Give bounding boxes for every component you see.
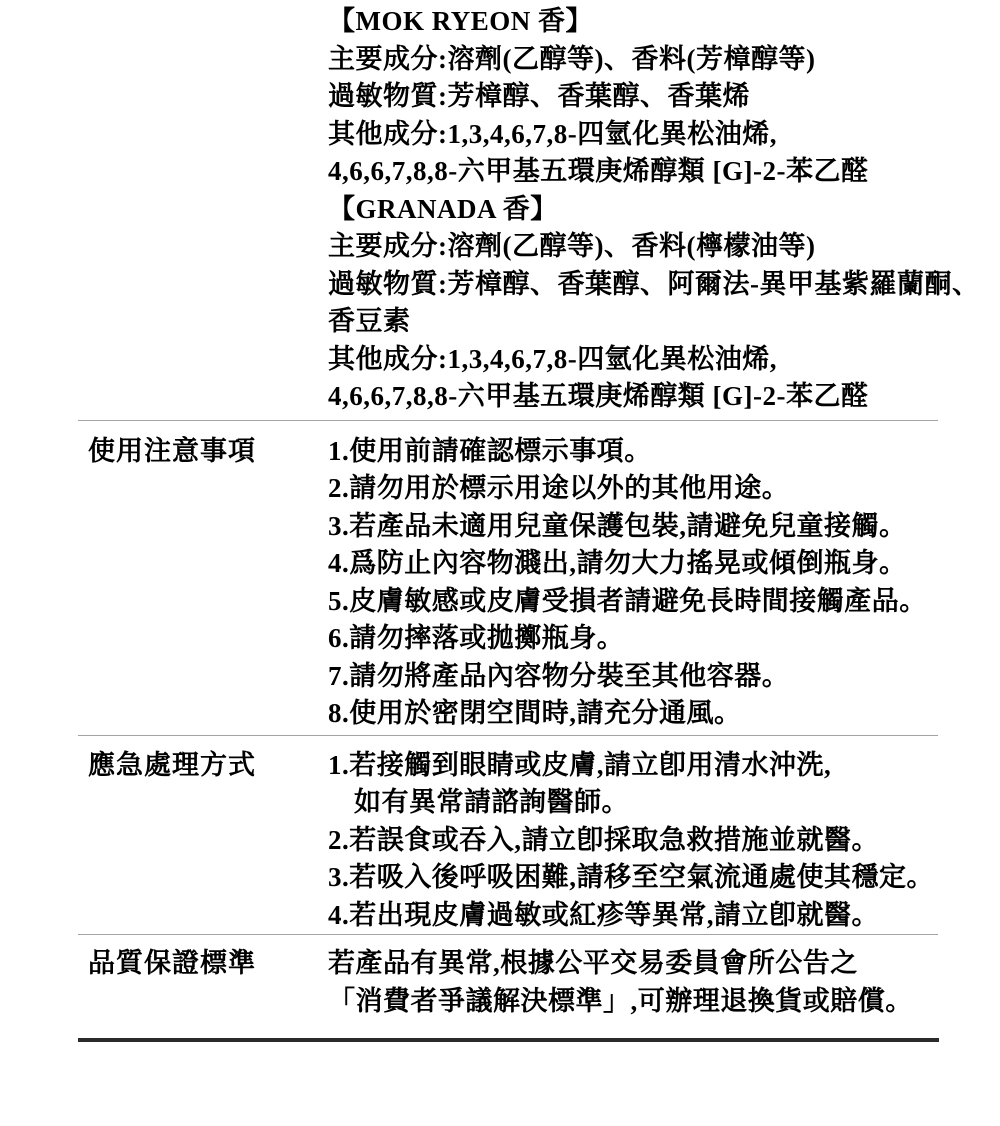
emergency-measures-content: 1.若接觸到眼睛或皮膚,請立卽用清水沖洗, 如有異常請諮詢醫師。 2.若誤食或吞… (328, 747, 938, 935)
content-line: 4.爲防止內容物濺出,請勿大力搖晃或傾倒瓶身。 (328, 545, 938, 583)
content-line: 4,6,6,7,8,8-六甲基五環庚烯醇類 [G]-2-苯乙醛 (328, 153, 938, 191)
content-line: 2.請勿用於標示用途以外的其他用途。 (328, 470, 938, 508)
content-line: 「消費者爭議解決標準」,可辦理退換貨或賠償。 (328, 983, 938, 1021)
section-emergency-measures: 應急處理方式 1.若接觸到眼睛或皮膚,請立卽用清水沖洗, 如有異常請諮詢醫師。 … (78, 735, 938, 935)
content-line: 1.使用前請確認標示事項。 (328, 433, 938, 471)
row-label-quality-guarantee: 品質保證標準 (78, 945, 328, 1020)
page: { "colors": { "text": "#000000", "divide… (0, 0, 1000, 1126)
content-line: 香豆素 (328, 303, 938, 341)
table-bottom-rule (78, 1038, 939, 1042)
content-line: 3.若產品未適用兒童保護包裝,請避免兒童接觸。 (328, 508, 938, 546)
section-quality-guarantee: 品質保證標準 若產品有異常,根據公平交易委員會所公告之 「消費者爭議解決標準」,… (78, 934, 938, 1038)
row-label-ingredients (78, 3, 328, 416)
row-label-usage-cautions: 使用注意事項 (78, 433, 328, 733)
content-line: 4,6,6,7,8,8-六甲基五環庚烯醇類 [G]-2-苯乙醛 (328, 378, 938, 416)
content-line: 6.請勿摔落或拋擲瓶身。 (328, 620, 938, 658)
content-line: 4.若出現皮膚過敏或紅疹等異常,請立卽就醫。 (328, 897, 938, 935)
content-line: 2.若誤食或吞入,請立卽採取急救措施並就醫。 (328, 822, 938, 860)
content-line: 5.皮膚敏感或皮膚受損者請避免長時間接觸產品。 (328, 583, 938, 621)
content-line-wrap: 如有異常請諮詢醫師。 (328, 784, 938, 822)
section-usage-cautions: 使用注意事項 1.使用前請確認標示事項。 2.請勿用於標示用途以外的其他用途。 … (78, 420, 938, 735)
quality-guarantee-content: 若產品有異常,根據公平交易委員會所公告之 「消費者爭議解決標準」,可辦理退換貨或… (328, 945, 938, 1020)
content-line: 其他成分:1,3,4,6,7,8-四氫化異松油烯, (328, 341, 938, 379)
content-line: 主要成分:溶劑(乙醇等)、香料(芳樟醇等) (328, 41, 938, 79)
content-line: 【GRANADA 香】 (328, 191, 938, 229)
content-line: 主要成分:溶劑(乙醇等)、香料(檸檬油等) (328, 228, 938, 266)
content-line: 過敏物質:芳樟醇、香葉醇、阿爾法-異甲基紫羅蘭酮、 (328, 266, 938, 304)
content-line: 若產品有異常,根據公平交易委員會所公告之 (328, 945, 938, 983)
content-line: 3.若吸入後呼吸困難,請移至空氣流通處使其穩定。 (328, 859, 938, 897)
content-line: 7.請勿將產品內容物分裝至其他容器。 (328, 658, 938, 696)
content-line: 8.使用於密閉空間時,請充分通風。 (328, 695, 938, 733)
product-spec-table: 【MOK RYEON 香】 主要成分:溶劑(乙醇等)、香料(芳樟醇等) 過敏物質… (0, 0, 1000, 1042)
content-line: 過敏物質:芳樟醇、香葉醇、香葉烯 (328, 78, 938, 116)
row-label-emergency-measures: 應急處理方式 (78, 747, 328, 935)
usage-cautions-content: 1.使用前請確認標示事項。 2.請勿用於標示用途以外的其他用途。 3.若產品未適… (328, 433, 938, 733)
content-line: 其他成分:1,3,4,6,7,8-四氫化異松油烯, (328, 116, 938, 154)
section-ingredients: 【MOK RYEON 香】 主要成分:溶劑(乙醇等)、香料(芳樟醇等) 過敏物質… (78, 0, 938, 420)
content-line: 【MOK RYEON 香】 (328, 3, 938, 41)
content-line: 1.若接觸到眼睛或皮膚,請立卽用清水沖洗, (328, 747, 938, 785)
ingredients-content: 【MOK RYEON 香】 主要成分:溶劑(乙醇等)、香料(芳樟醇等) 過敏物質… (328, 3, 938, 416)
